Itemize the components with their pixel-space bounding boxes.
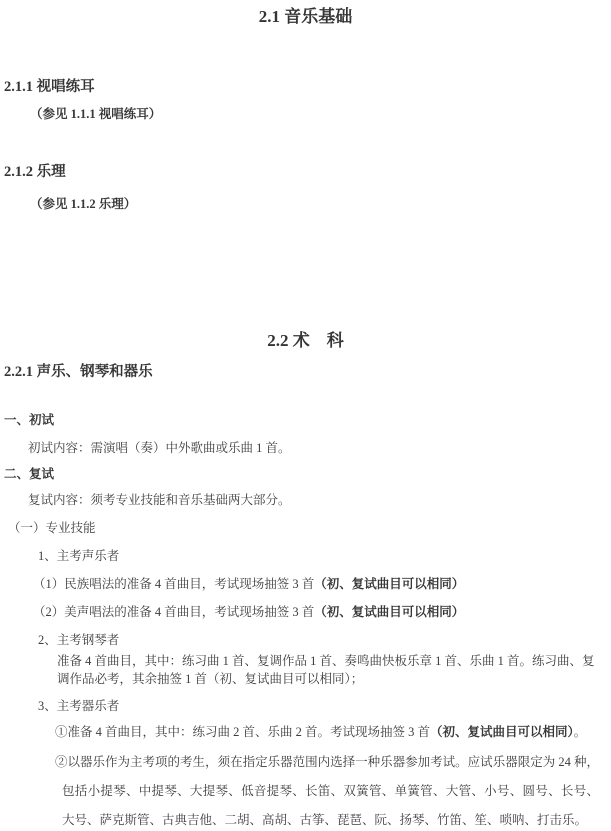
text-segment: 。 [574,725,587,739]
vocal-folk-item: （1）民族唱法的准备 4 首曲目，考试现场抽签 3 首（初、复试曲目可以相同） [0,576,611,593]
heading-2-2: 2.2 术 科 [0,330,611,352]
text-segment: ①准备 4 首曲目，其中：练习曲 2 首、乐曲 2 首。考试现场抽签 3 首 [55,725,430,739]
label-professional-skill: （一）专业技能 [0,520,611,537]
label-second-exam: 二、复试 [0,466,611,483]
instrument-list-paragraph: ②以器乐作为主考项的考生，须在指定乐器范围内选择一种乐器参加考试。应试乐器限定为… [0,748,611,831]
text-segment: （2）美声唱法的准备 4 首曲目，考试现场抽签 3 首 [33,605,314,619]
label-instrumental-major: 3、主考器乐者 [0,698,611,715]
label-piano-major: 2、主考钢琴者 [0,632,611,649]
label-vocal-major: 1、主考声乐者 [0,548,611,565]
heading-2-1-1: 2.1.1 视唱练耳 [0,78,611,97]
preliminary-exam-content: 初试内容：需演唱（奏）中外歌曲或乐曲 1 首。 [0,440,611,457]
ref-note-sight-singing: （参见 1.1.1 视唱练耳） [0,106,611,123]
heading-2-1-2: 2.1.2 乐理 [0,163,611,182]
text-segment-bold: （初、复试曲目可以相同） [314,605,464,619]
heading-2-1: 2.1 音乐基础 [0,6,611,28]
text-segment: （1）民族唱法的准备 4 首曲目，考试现场抽签 3 首 [33,577,314,591]
heading-2-2-1: 2.2.1 声乐、钢琴和器乐 [0,363,611,382]
vocal-bel-canto-item: （2）美声唱法的准备 4 首曲目，考试现场抽签 3 首（初、复试曲目可以相同） [0,604,611,621]
ref-note-music-theory: （参见 1.1.2 乐理） [0,196,611,213]
text-segment-bold: （初、复试曲目可以相同） [314,577,464,591]
label-preliminary-exam: 一、初试 [0,412,611,429]
document-page: 2.1 音乐基础 2.1.1 视唱练耳 （参见 1.1.1 视唱练耳） 2.1.… [0,0,611,831]
text-segment-bold: （初、复试曲目可以相同） [430,725,574,739]
piano-requirements-paragraph: 准备 4 首曲目，其中：练习曲 1 首、复调作品 1 首、奏鸣曲快板乐章 1 首… [0,652,611,688]
second-exam-content: 复试内容：须考专业技能和音乐基础两大部分。 [0,492,611,509]
instrumental-repertoire-item: ①准备 4 首曲目，其中：练习曲 2 首、乐曲 2 首。考试现场抽签 3 首（初… [0,724,611,741]
